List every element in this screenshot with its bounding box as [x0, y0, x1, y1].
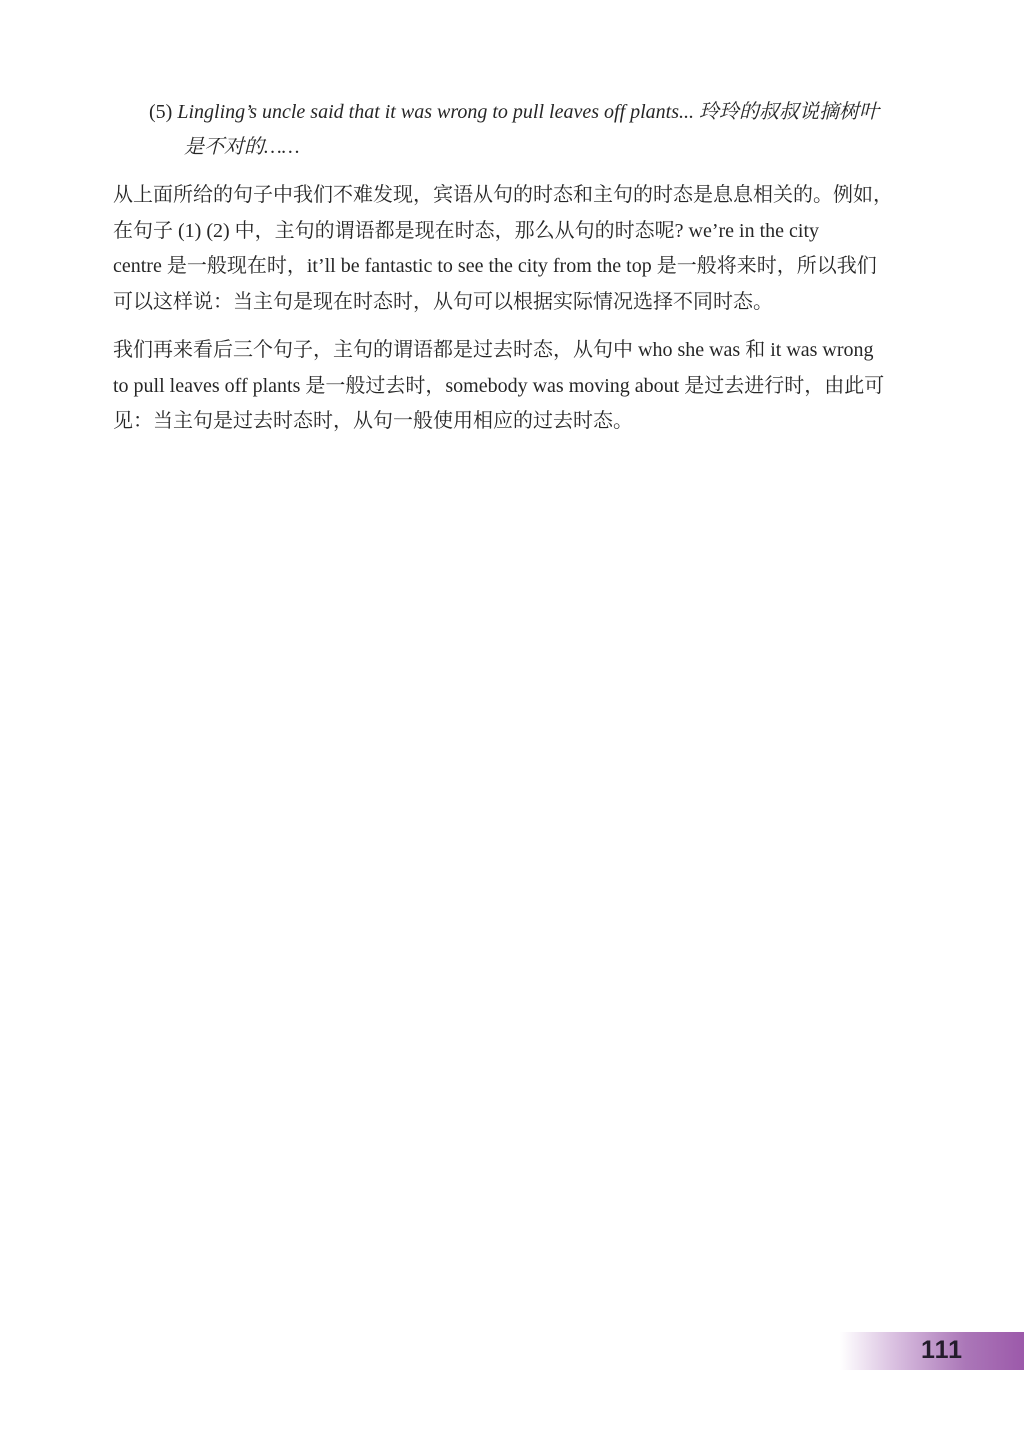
paragraph2-line-1: 我们再来看后三个句子，主句的谓语都是过去时态，从句中 who she was 和…: [113, 333, 884, 369]
example-item-5-line-2: 是不对的……: [184, 130, 879, 165]
paragraph2-line-2: to pull leaves off plants 是一般过去时，somebod…: [113, 369, 884, 405]
example-item-5: (5) Lingling’s uncle said that it was wr…: [149, 95, 879, 165]
example-item-english-text: Lingling’s uncle said that it was wrong …: [177, 101, 694, 123]
paragraph-present-tense: 从上面所给的句子中我们不难发现，宾语从句的时态和主句的时态是息息相关的。例如， …: [113, 178, 893, 320]
paragraph1-line-2: 在句子 (1) (2) 中，主句的谓语都是现在时态，那么从句的时态呢? we’r…: [113, 214, 893, 250]
example-item-chinese-translation: 玲玲的叔叔说摘树叶: [699, 101, 879, 123]
example-item-number: (5): [149, 101, 177, 123]
example-item-5-line-1: (5) Lingling’s uncle said that it was wr…: [149, 95, 879, 130]
paragraph1-line-3: centre 是一般现在时，it’ll be fantastic to see …: [113, 249, 893, 285]
paragraph1-line-1: 从上面所给的句子中我们不难发现，宾语从句的时态和主句的时态是息息相关的。例如，: [113, 178, 893, 214]
paragraph1-line-4: 可以这样说：当主句是现在时态时，从句可以根据实际情况选择不同时态。: [113, 285, 893, 321]
textbook-page: (5) Lingling’s uncle said that it was wr…: [0, 0, 1024, 1449]
paragraph2-line-3: 见：当主句是过去时态时，从句一般使用相应的过去时态。: [113, 404, 884, 440]
page-number-bar: 111: [840, 1332, 1024, 1370]
paragraph-past-tense: 我们再来看后三个句子，主句的谓语都是过去时态，从句中 who she was 和…: [113, 333, 884, 440]
page-number: 111: [921, 1336, 963, 1365]
